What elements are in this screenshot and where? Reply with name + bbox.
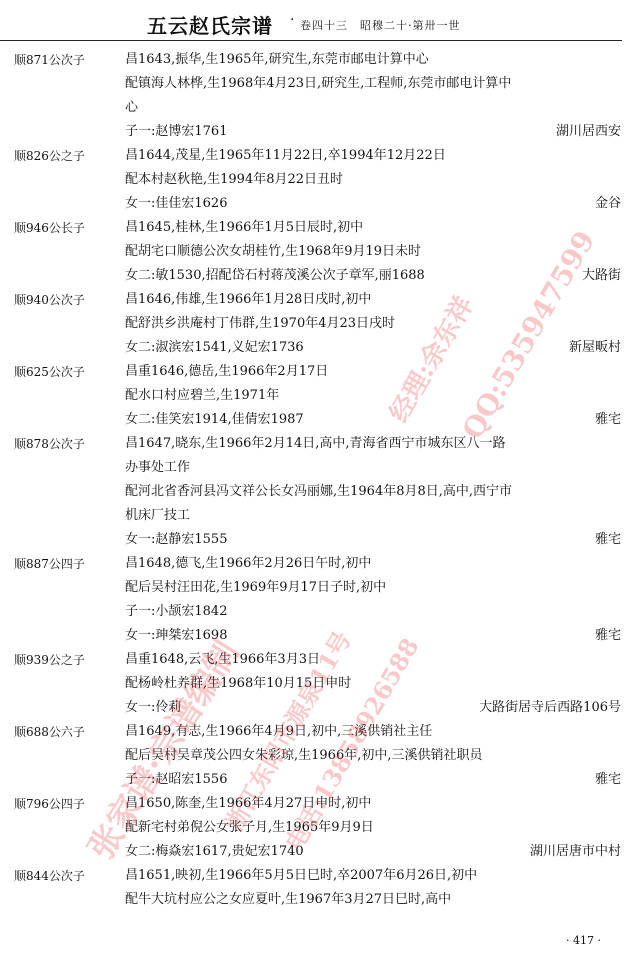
parent-label: 顺878公次子 <box>14 432 85 456</box>
genealogy-entry: 顺871公次子 昌1643,振华,生1965年,研究生,东莞市邮电计算中心 配镇… <box>0 48 635 144</box>
entry-line: 昌1649,有志,生1966年4月9日,初中,三溪供销社主任 <box>125 720 621 744</box>
residence-label: 雅宅 <box>595 528 621 552</box>
genealogy-entry: 顺940公次子 昌1646,伟雄,生1966年1月28日戌时,初中 配舒洪乡洪庵… <box>0 288 635 360</box>
genealogy-entry: 顺946公长子 昌1645,桂林,生1966年1月5日辰时,初中 配胡宅口顺德公… <box>0 216 635 288</box>
entry-line: 机床厂技工 <box>125 504 621 528</box>
entry-line: 配后吴村吴章茂公四女朱彩琼,生1966年,初中,三溪供销社职员 <box>125 744 621 768</box>
entry-line: 配杨岭杜养群,生1968年10月15日申时 <box>125 672 621 696</box>
entry-line: 配后吴村汪田花,生1969年9月17日子时,初中 <box>125 576 621 600</box>
parent-label: 顺625公次子 <box>14 360 85 384</box>
entry-line: 昌1651,映初,生1966年5月5日巳时,卒2007年6月26日,初中 <box>125 864 621 888</box>
genealogy-entry: 顺625公次子 昌重1646,德岳,生1966年2月17日 配水口村应碧兰,生1… <box>0 360 635 432</box>
residence-label: 大路街居寺后西路106号 <box>479 696 621 720</box>
entry-line: 配本村赵秋艳,生1994年8月22日丑时 <box>125 168 621 192</box>
entry-line: 女一:伶莉大路街居寺后西路106号 <box>125 696 621 720</box>
volume-subtitle: 卷四十三 昭穆二十·第卅一世 <box>300 17 461 33</box>
genealogy-entry: 顺796公四子 昌1650,陈奎,生1966年4月27日申时,初中 配新宅村弟倪… <box>0 792 635 864</box>
genealogy-entry: 顺688公六子 昌1649,有志,生1966年4月9日,初中,三溪供销社主任 配… <box>0 720 635 792</box>
entry-line: 昌重1646,德岳,生1966年2月17日 <box>125 360 621 384</box>
parent-label: 顺688公六子 <box>14 720 85 744</box>
entry-line: 配牛大坑村应公之女应夏叶,生1967年3月27日巳时,高中 <box>125 888 621 912</box>
parent-label: 顺826公之子 <box>14 144 85 168</box>
residence-label: 湖川居唐市中村 <box>530 840 621 864</box>
entry-line: 女一:珅桀宏1698雅宅 <box>125 624 621 648</box>
entry-line: 办事处工作 <box>125 456 621 480</box>
entry-line: 女一:佳佳宏1626金谷 <box>125 192 621 216</box>
genealogy-entry: 顺844公次子 昌1651,映初,生1966年5月5日巳时,卒2007年6月26… <box>0 864 635 912</box>
entry-line: 配水口村应碧兰,生1971年 <box>125 384 621 408</box>
title-separator: · <box>290 12 294 28</box>
entry-line: 子一:小颉宏1842 <box>125 600 621 624</box>
entry-line: 配新宅村弟倪公女张子月,生1965年9月9日 <box>125 816 621 840</box>
entry-line: 女二:敏1530,招配岱石村蒋茂溪公次子章军,丽1688大路街 <box>125 264 621 288</box>
genealogy-entry: 顺887公四子 昌1648,德飞,生1966年2月26日午时,初中 配后吴村汪田… <box>0 552 635 648</box>
entry-line: 配镇海人林桦,生1968年4月23日,研究生,工程师,东莞市邮电计算中 <box>125 72 621 96</box>
entry-line: 女二:梅焱宏1617,贵妃宏1740湖川居唐市中村 <box>125 840 621 864</box>
genealogy-body: 顺871公次子 昌1643,振华,生1965年,研究生,东莞市邮电计算中心 配镇… <box>0 48 635 912</box>
page-header: 五云赵氏宗谱 · 卷四十三 昭穆二十·第卅一世 <box>0 0 635 42</box>
residence-label: 湖川居西安 <box>556 120 621 144</box>
entry-line: 昌1643,振华,生1965年,研究生,东莞市邮电计算中心 <box>125 48 621 72</box>
entry-line: 配河北省香河县冯文祥公长女冯丽娜,生1964年8月8日,高中,西宁市 <box>125 480 621 504</box>
entry-line: 昌1648,德飞,生1966年2月26日午时,初中 <box>125 552 621 576</box>
entry-line: 子一:赵昭宏1556雅宅 <box>125 768 621 792</box>
entry-line: 昌1650,陈奎,生1966年4月27日申时,初中 <box>125 792 621 816</box>
header-rule <box>0 40 622 41</box>
entry-line: 昌1647,晓东,生1966年2月14日,高中,青海省西宁市城东区八一路 <box>125 432 621 456</box>
page-number: · 417 · <box>566 934 601 947</box>
residence-label: 大路街 <box>582 264 621 288</box>
entry-line: 女二:淑滨宏1541,义妃宏1736新屋畈村 <box>125 336 621 360</box>
residence-label: 雅宅 <box>595 624 621 648</box>
entry-line: 配胡宅口顺德公次女胡桂竹,生1968年9月19日未时 <box>125 240 621 264</box>
genealogy-entry: 顺939公之子 昌重1648,云飞,生1966年3月3日 配杨岭杜养群,生196… <box>0 648 635 720</box>
entry-line: 心 <box>125 96 621 120</box>
parent-label: 顺796公四子 <box>14 792 85 816</box>
residence-label: 金谷 <box>595 192 621 216</box>
book-title: 五云赵氏宗谱 <box>147 10 273 39</box>
residence-label: 新屋畈村 <box>569 336 621 360</box>
entry-line: 子一:赵博宏1761湖川居西安 <box>125 120 621 144</box>
entry-line: 女一:赵静宏1555雅宅 <box>125 528 621 552</box>
genealogy-entry: 顺826公之子 昌1644,茂星,生1965年11月22日,卒1994年12月2… <box>0 144 635 216</box>
entry-line: 女二:佳笑宏1914,佳倩宏1987雅宅 <box>125 408 621 432</box>
residence-label: 雅宅 <box>595 408 621 432</box>
parent-label: 顺844公次子 <box>14 864 85 888</box>
parent-label: 顺887公四子 <box>14 552 85 576</box>
parent-label: 顺871公次子 <box>14 48 85 72</box>
residence-label: 雅宅 <box>595 768 621 792</box>
entry-line: 昌重1648,云飞,生1966年3月3日 <box>125 648 621 672</box>
parent-label: 顺940公次子 <box>14 288 85 312</box>
entry-line: 昌1644,茂星,生1965年11月22日,卒1994年12月22日 <box>125 144 621 168</box>
parent-label: 顺939公之子 <box>14 648 85 672</box>
entry-line: 昌1645,桂林,生1966年1月5日辰时,初中 <box>125 216 621 240</box>
parent-label: 顺946公长子 <box>14 216 85 240</box>
entry-line: 昌1646,伟雄,生1966年1月28日戌时,初中 <box>125 288 621 312</box>
genealogy-entry: 顺878公次子 昌1647,晓东,生1966年2月14日,高中,青海省西宁市城东… <box>0 432 635 552</box>
entry-line: 配舒洪乡洪庵村丁伟群,生1970年4月23日戌时 <box>125 312 621 336</box>
